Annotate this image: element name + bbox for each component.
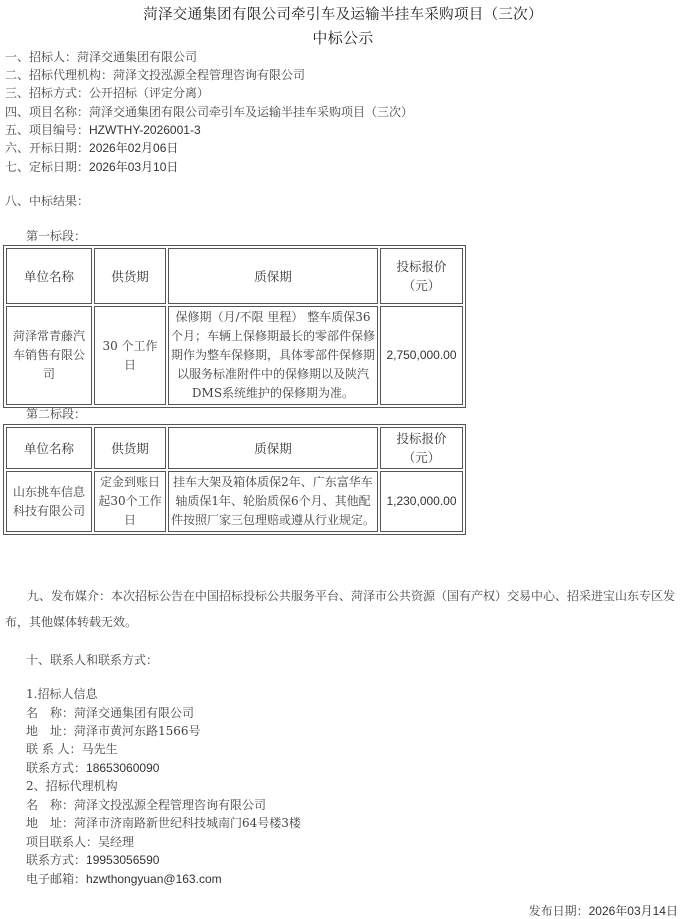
info-tenderer: 一、招标人：菏泽交通集团有限公司 <box>5 49 197 65</box>
col-price: 投标报价（元） <box>380 427 463 469</box>
contact-value: 19953056590 <box>86 853 159 867</box>
col-price-line1: 投标报价 <box>383 257 460 276</box>
lot1-table: 单位名称 供货期 质保期 投标报价（元） 菏泽常青藤汽车销售有限公司 30 个工… <box>3 245 466 408</box>
info-value: 菏泽文投泓源全程管理咨询有限公司 <box>113 68 305 82</box>
contact-value: 菏泽交通集团有限公司 <box>74 706 194 720</box>
tenderer-contact-person: 联 系 人：马先生 <box>26 741 118 757</box>
info-label: 二、招标代理机构： <box>5 68 113 82</box>
cell-company: 山东挑车信息科技有限公司 <box>6 471 92 532</box>
agency-email: 电子邮箱：hzwthongyuan@163.com <box>26 871 222 887</box>
contact-value: 18653060090 <box>86 761 159 775</box>
col-warranty: 质保期 <box>168 427 378 469</box>
col-price-line2: （元） <box>383 276 460 295</box>
col-price-line2: （元） <box>383 448 460 467</box>
col-delivery: 供货期 <box>94 248 166 304</box>
col-company: 单位名称 <box>6 427 92 469</box>
contact-value: 马先生 <box>82 742 118 756</box>
info-value: 公开招标（评定分离） <box>89 86 209 100</box>
info-label: 四、项目名称： <box>5 105 89 119</box>
info-award-date: 七、定标日期：2026年03月10日 <box>5 159 178 175</box>
agency-heading: 2、招标代理机构 <box>26 778 118 794</box>
col-price-line1: 投标报价 <box>383 429 460 448</box>
tenderer-address: 地 址：菏泽市黄河东路1566号 <box>26 723 201 739</box>
contact-label: 地 址： <box>26 816 74 830</box>
info-label: 三、招标方式： <box>5 86 89 100</box>
info-value: 2026年03月10日 <box>89 160 178 174</box>
cell-company: 菏泽常青藤汽车销售有限公司 <box>6 306 92 405</box>
contact-label: 电子邮箱： <box>26 872 86 886</box>
info-value: 菏泽交通集团有限公司牵引车及运输半挂车采购项目（三次） <box>89 105 413 119</box>
email-link[interactable]: hzwthongyuan@163.com <box>86 872 222 886</box>
info-project-name: 四、项目名称：菏泽交通集团有限公司牵引车及运输半挂车采购项目（三次） <box>5 104 413 120</box>
info-agency: 二、招标代理机构：菏泽文投泓源全程管理咨询有限公司 <box>5 67 305 83</box>
contact-value: 菏泽市济南路新世纪科技城南门64号楼3楼 <box>74 816 301 830</box>
cell-warranty: 挂车大架及箱体质保2年、广东富华车轴质保1年、轮胎质保6个月、其他配件按照厂家三… <box>168 471 378 532</box>
document-subtitle: 中标公示 <box>0 27 686 48</box>
cell-delivery: 定金到账日起30个工作日 <box>94 471 166 532</box>
contact-label: 项目联系人： <box>26 835 98 849</box>
table-row: 菏泽常青藤汽车销售有限公司 30 个工作日 保修期（月/不限 里程） 整车质保3… <box>6 306 463 405</box>
col-delivery: 供货期 <box>94 427 166 469</box>
publish-date: 发布日期：2026年03月14日 <box>529 902 678 919</box>
tenderer-heading: 1.招标人信息 <box>26 686 97 702</box>
contact-label: 地 址： <box>26 724 74 738</box>
info-method: 三、招标方式：公开招标（评定分离） <box>5 85 209 101</box>
info-label: 六、开标日期： <box>5 141 89 155</box>
info-label: 一、招标人： <box>5 50 77 64</box>
agency-name: 名 称：菏泽文投泓源全程管理咨询有限公司 <box>26 797 266 813</box>
contacts-heading: 十、联系人和联系方式： <box>26 652 158 668</box>
contact-value: 菏泽文投泓源全程管理咨询有限公司 <box>74 798 266 812</box>
publish-date-label: 发布日期： <box>529 904 589 918</box>
contact-label: 联系方式： <box>26 853 86 867</box>
contact-label: 联系方式： <box>26 761 86 775</box>
document-title: 菏泽交通集团有限公司牵引车及运输半挂车采购项目（三次） <box>0 3 686 24</box>
agency-phone: 联系方式：19953056590 <box>26 852 159 868</box>
contact-label: 名 称： <box>26 798 74 812</box>
agency-contact-person: 项目联系人：吴经理 <box>26 834 134 850</box>
cell-price: 2,750,000.00 <box>380 306 463 405</box>
info-project-number: 五、项目编号：HZWTHY-2026001-3 <box>5 122 201 138</box>
agency-address: 地 址：菏泽市济南路新世纪科技城南门64号楼3楼 <box>26 815 301 831</box>
info-label: 五、项目编号： <box>5 123 89 137</box>
info-value: 2026年02月06日 <box>89 141 178 155</box>
tenderer-phone: 联系方式：18653060090 <box>26 760 159 776</box>
col-warranty: 质保期 <box>168 248 378 304</box>
table-header-row: 单位名称 供货期 质保期 投标报价（元） <box>6 427 463 469</box>
cell-delivery: 30 个工作日 <box>94 306 166 405</box>
results-heading: 八、中标结果： <box>5 193 89 209</box>
col-price: 投标报价（元） <box>380 248 463 304</box>
cell-price: 1,230,000.00 <box>380 471 463 532</box>
tenderer-name: 名 称：菏泽交通集团有限公司 <box>26 705 194 721</box>
col-company: 单位名称 <box>6 248 92 304</box>
contact-value: 吴经理 <box>98 835 134 849</box>
table-header-row: 单位名称 供货期 质保期 投标报价（元） <box>6 248 463 304</box>
info-open-date: 六、开标日期：2026年02月06日 <box>5 140 178 156</box>
info-label: 七、定标日期： <box>5 160 89 174</box>
cell-warranty: 保修期（月/不限 里程） 整车质保36个月；车辆上保修期最长的零部件保修期作为整… <box>168 306 378 405</box>
contact-label: 名 称： <box>26 706 74 720</box>
lot1-label: 第一标段： <box>26 228 86 244</box>
lot2-label: 第二标段： <box>26 406 86 422</box>
contact-label: 联 系 人： <box>26 742 82 756</box>
publish-date-value: 2026年03月14日 <box>589 904 678 918</box>
lot2-table: 单位名称 供货期 质保期 投标报价（元） 山东挑车信息科技有限公司 定金到账日起… <box>3 424 466 535</box>
media-paragraph: 九、发布媒介：本次招标公告在中国招标投标公共服务平台、菏泽市公共资源（国有产权）… <box>5 583 681 635</box>
table-row: 山东挑车信息科技有限公司 定金到账日起30个工作日 挂车大架及箱体质保2年、广东… <box>6 471 463 532</box>
contact-value: 菏泽市黄河东路1566号 <box>74 724 201 738</box>
info-value: HZWTHY-2026001-3 <box>89 123 201 137</box>
info-value: 菏泽交通集团有限公司 <box>77 50 197 64</box>
